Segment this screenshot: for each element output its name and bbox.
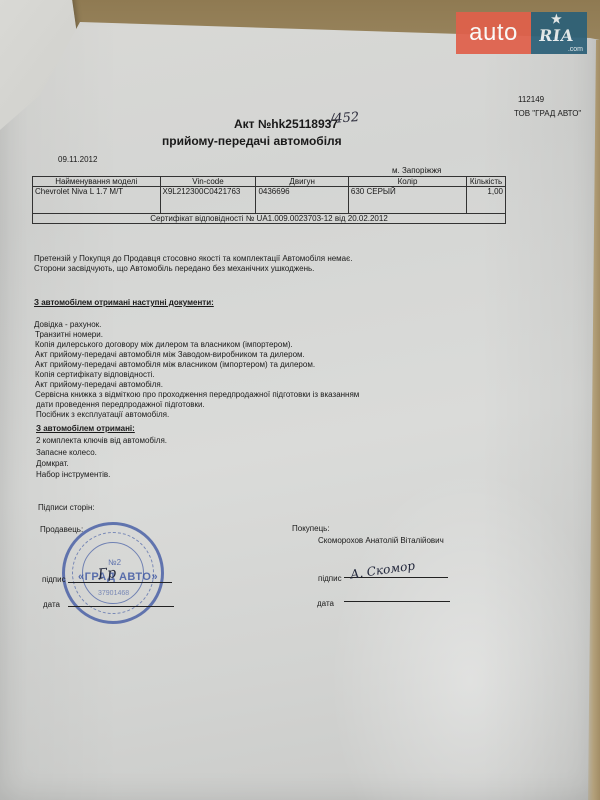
signatures-heading: Підписи сторін: <box>38 503 95 513</box>
list-item: Копія сертифікату відповідності. <box>35 370 155 380</box>
list-item: Копія дилерського договору між дилером т… <box>35 340 293 350</box>
list-item: Запасне колесо. <box>36 448 97 458</box>
list-item: Сервісна книжка з відміткою про проходже… <box>35 390 359 400</box>
list-item: дати проведення передпродажної підготовк… <box>36 400 205 410</box>
documents-heading: З автомобілем отримані наступні документ… <box>34 298 214 308</box>
seller-label: Продавець: <box>40 525 83 535</box>
logo-ria-text: RIA <box>538 26 575 45</box>
cell-engine: 0436696 <box>256 187 348 214</box>
seller-date-label: дата <box>43 600 60 610</box>
col-color: Колір <box>348 177 466 187</box>
col-vin: Vin-code <box>160 177 256 187</box>
col-engine: Двигун <box>256 177 348 187</box>
list-item: Посібник з експлуатації автомобіля. <box>36 410 169 420</box>
seller-date-line <box>68 606 174 607</box>
list-item: Набор інструментів. <box>36 470 110 480</box>
list-item: Домкрат. <box>36 459 69 469</box>
buyer-sign-label: підпис <box>318 574 342 584</box>
buyer-date-label: дата <box>317 599 334 609</box>
autoria-watermark-logo: auto ★ RIA .com <box>456 12 587 54</box>
buyer-name: Скоморохов Анатолій Віталійович <box>318 536 444 546</box>
table-header-row: Найменування моделі Vin-code Двигун Колі… <box>33 177 506 187</box>
table-row: Chevrolet Niva L 1.7 M/T X9L212300C04217… <box>33 187 506 214</box>
certificate-row: Сертифікат відповідності № UA1.009.00237… <box>33 214 506 224</box>
seller-sign-label: підпис <box>42 575 66 585</box>
list-item: 2 комплекта ключів від автомобіля. <box>36 436 167 446</box>
statement-no-damage: Сторони засвідчують, що Автомобіль перед… <box>34 264 314 274</box>
buyer-date-line <box>344 601 450 602</box>
list-item: Транзитні номери. <box>35 330 103 340</box>
handwritten-number: /452 <box>330 113 360 125</box>
list-item: Акт прийому-передачі автомобіля між Заво… <box>35 350 305 360</box>
received-heading: З автомобілем отримані: <box>36 424 135 434</box>
act-date: 09.11.2012 <box>58 155 97 165</box>
cell-vin: X9L212300C0421763 <box>160 187 256 214</box>
list-item: Акт прийому-передачі автомобіля між влас… <box>35 360 315 370</box>
statement-no-claims: Претензій у Покупця до Продавця стосовно… <box>34 254 352 264</box>
logo-ria-part: ★ RIA .com <box>531 12 587 54</box>
list-item: Довідка - рахунок. <box>34 320 101 330</box>
seller-sign-line <box>68 582 172 583</box>
col-model: Найменування моделі <box>33 177 161 187</box>
vehicle-table: Найменування моделі Vin-code Двигун Колі… <box>32 176 506 224</box>
cell-quantity: 1,00 <box>467 187 506 214</box>
buyer-label: Покупець: <box>292 524 330 534</box>
act-subtitle: прийому-передачі автомобіля <box>162 134 342 148</box>
cell-color: 630 СЕРЫЙ <box>348 187 466 214</box>
logo-domain: .com <box>568 46 583 53</box>
stamp-code: 37901468 <box>98 590 129 597</box>
list-item: Акт прийому-передачі автомобіля. <box>35 380 163 390</box>
logo-auto-part: auto <box>456 12 531 54</box>
act-title: Акт №hk25118937 <box>234 117 338 131</box>
star-icon: ★ <box>551 12 562 26</box>
seller-signature: Гр <box>97 565 117 583</box>
document-code: 112149 <box>518 95 544 105</box>
cell-model: Chevrolet Niva L 1.7 M/T <box>33 187 161 214</box>
col-quantity: Кількість <box>467 177 506 187</box>
act-city: м. Запоріжжя <box>392 166 441 176</box>
company-name: ТОВ "ГРАД АВТО" <box>514 109 581 119</box>
certificate-text: Сертифікат відповідності № UA1.009.00237… <box>33 214 506 224</box>
